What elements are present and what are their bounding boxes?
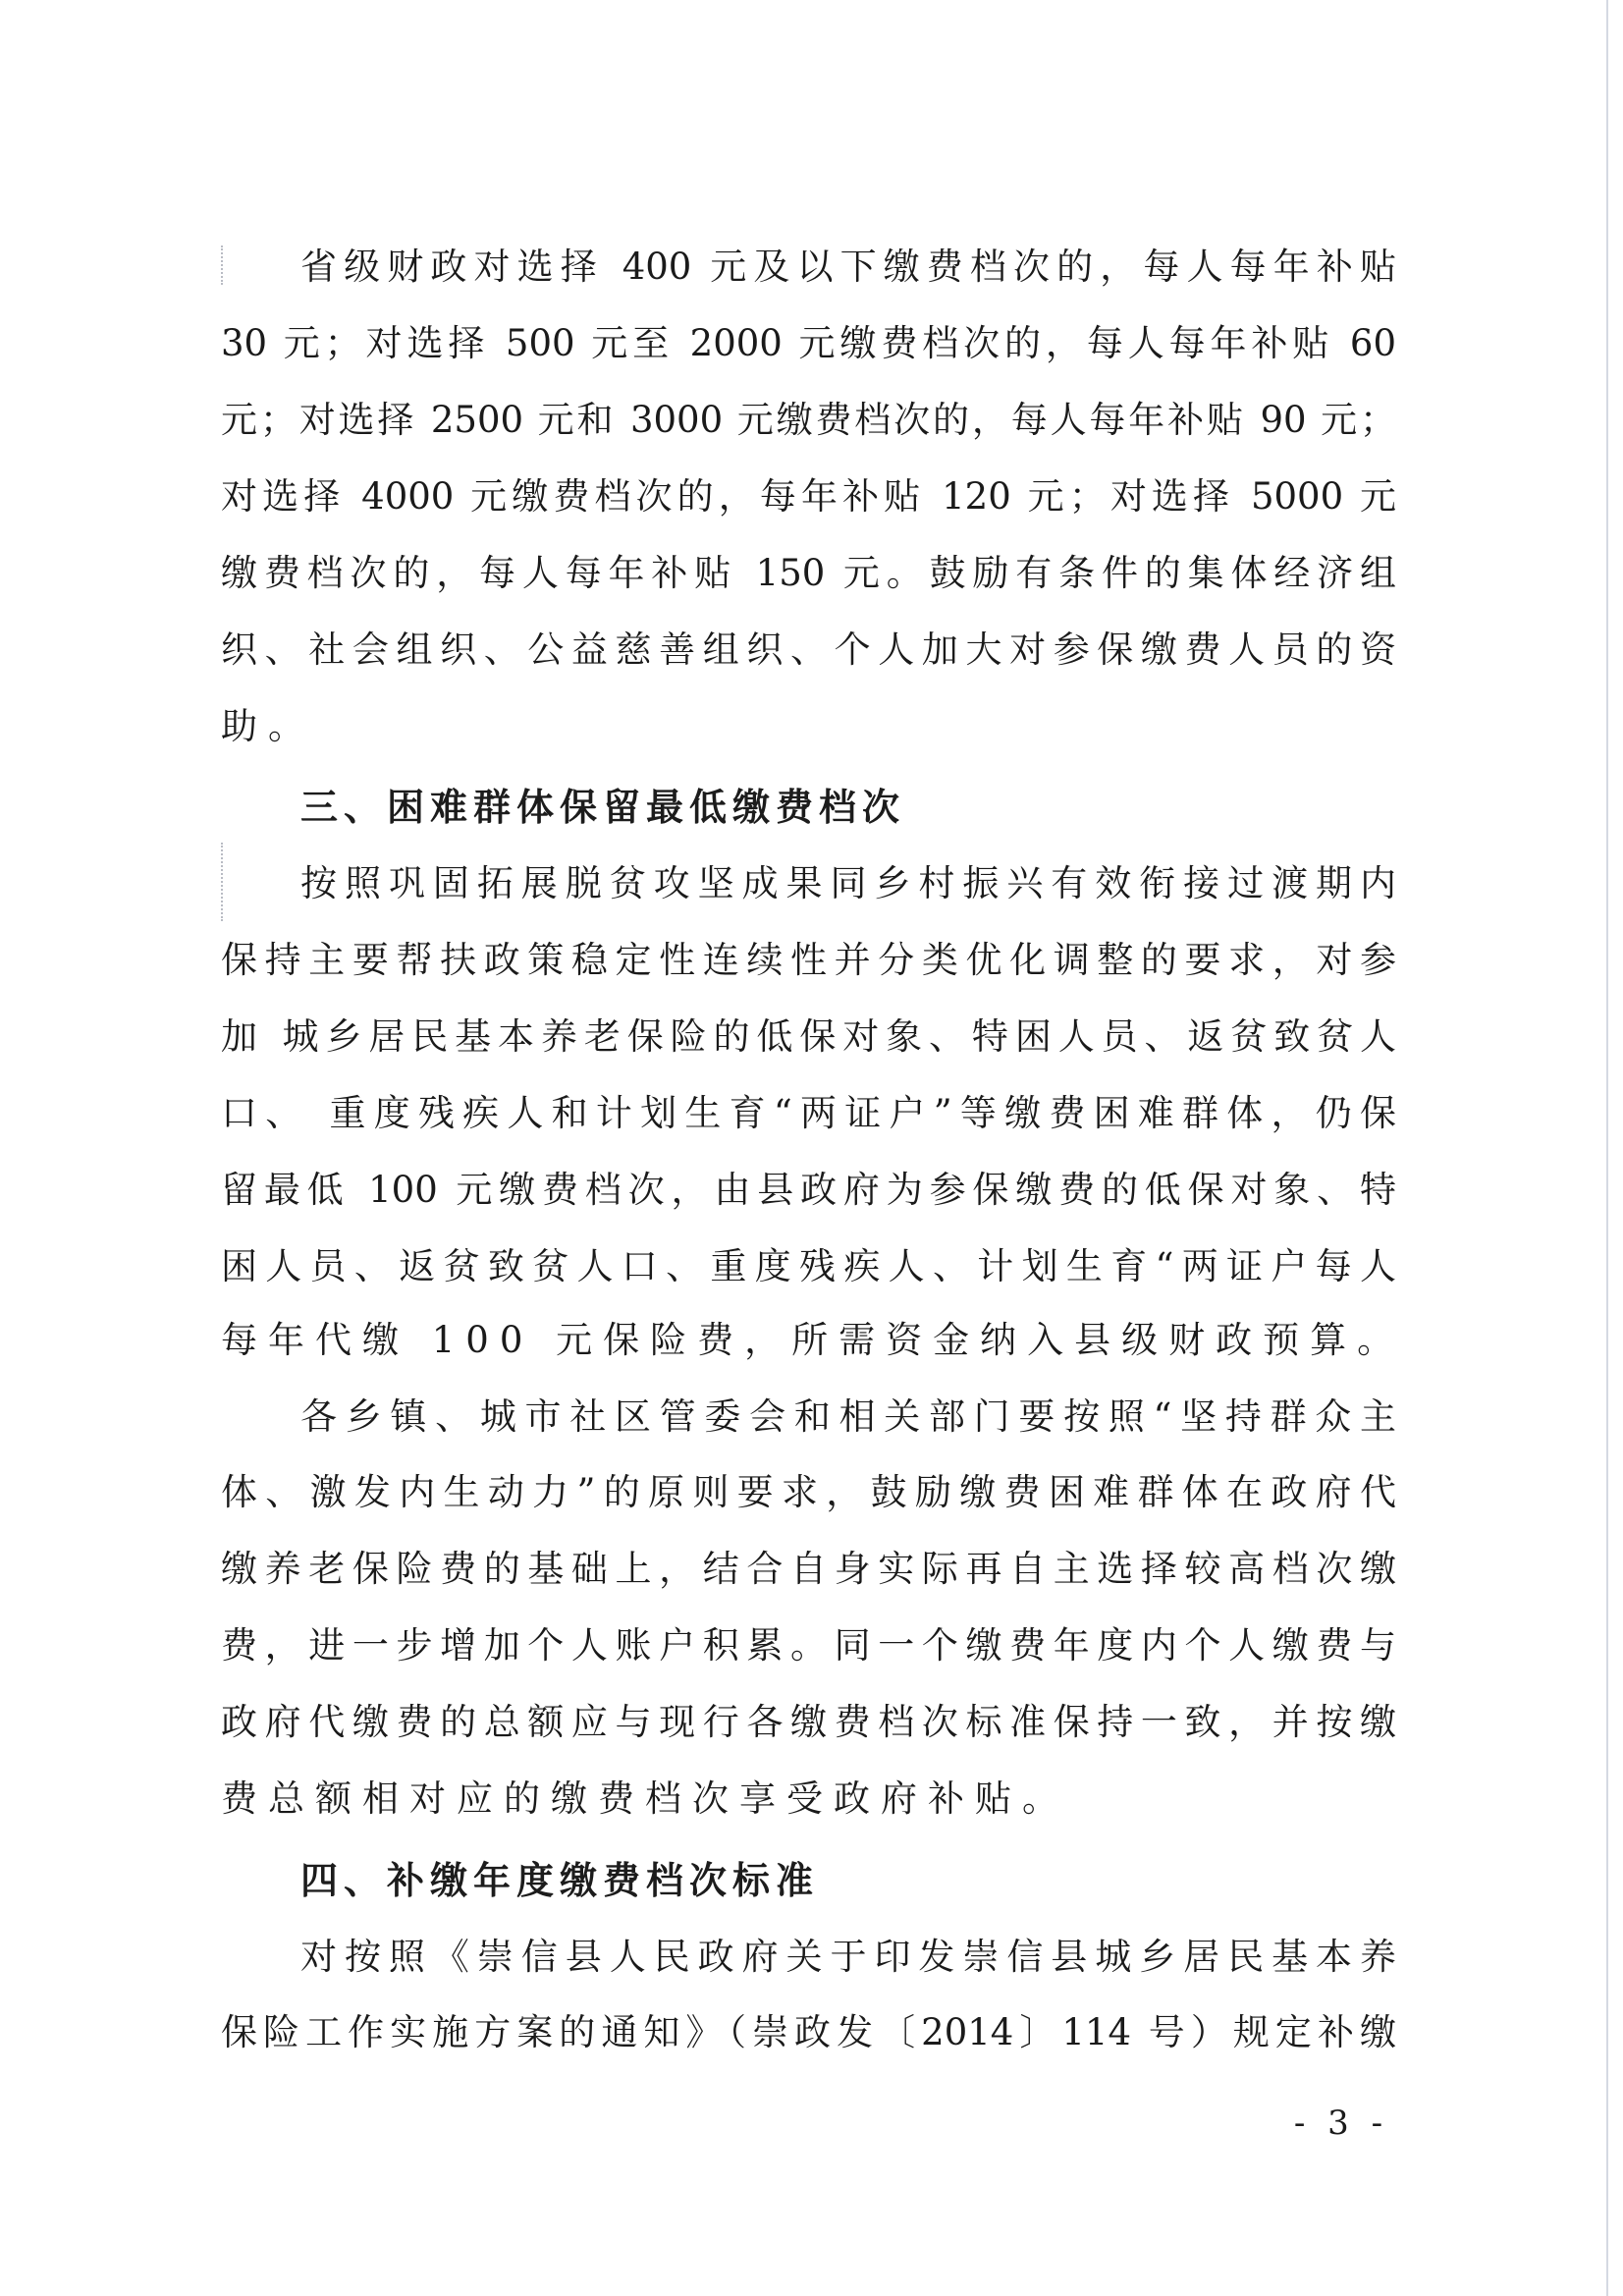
paragraph-line: 费，进一步增加个人账户积累。同一个缴费年度内个人缴费与 [221, 1621, 1396, 1670]
paragraph-line: 按照巩固拓展脱贫攻坚成果同乡村振兴有效衔接过渡期内 [300, 859, 1396, 908]
section-heading: 三、困难群体保留最低缴费档次 [300, 783, 905, 832]
scan-edge-line [1606, 0, 1608, 2296]
paragraph-line: 留最低 100 元缴费档次，由县政府为参保缴费的低保对象、特 [221, 1166, 1396, 1215]
section-heading: 四、补缴年度缴费档次标准 [300, 1856, 819, 1905]
paragraph-line: 体、激发内生动力”的原则要求，鼓励缴费困难群体在政府代 [221, 1468, 1396, 1517]
scan-artifact-mark [221, 246, 226, 285]
paragraph-line: 口、 重度残疾人和计划生育“两证户”等缴费困难群体，仍保 [221, 1089, 1396, 1138]
scan-artifact-mark [221, 843, 226, 921]
paragraph-line: 缴费档次的，每人每年补贴 150 元。鼓励有条件的集体经济组 [221, 549, 1396, 598]
paragraph-line: 缴养老保险费的基础上，结合自身实际再自主选择较高档次缴 [221, 1545, 1396, 1594]
paragraph-line: 元；对选择 2500 元和 3000 元缴费档次的，每人每年补贴 90 元； [221, 396, 1396, 445]
paragraph-line: 织、社会组织、公益慈善组织、个人加大对参保缴费人员的资 [221, 626, 1396, 675]
paragraph-line: 助。 [221, 702, 1396, 751]
paragraph-line: 每年代缴 100 元保险费，所需资金纳入县级财政预算。 [221, 1316, 1396, 1365]
paragraph-line: 加 城乡居民基本养老保险的低保对象、特困人员、返贫致贫人 [221, 1012, 1396, 1062]
page-number: - 3 - [1292, 2102, 1390, 2145]
paragraph-line: 保持主要帮扶政策稳定性连续性并分类优化调整的要求，对参 [221, 936, 1396, 985]
paragraph-line: 政府代缴费的总额应与现行各缴费档次标准保持一致，并按缴 [221, 1698, 1396, 1747]
paragraph-line: 各乡镇、城市社区管委会和相关部门要按照“坚持群众主 [300, 1393, 1396, 1442]
document-page: 省级财政对选择 400 元及以下缴费档次的，每人每年补贴 30 元；对选择 50… [0, 0, 1623, 2296]
paragraph-line: 30 元；对选择 500 元至 2000 元缴费档次的，每人每年补贴 60 [221, 319, 1396, 368]
paragraph-line: 困人员、返贫致贫人口、重度残疾人、计划生育“两证户每人 [221, 1242, 1396, 1291]
paragraph-line: 省级财政对选择 400 元及以下缴费档次的，每人每年补贴 [300, 243, 1396, 292]
paragraph-line: 对按照《崇信县人民政府关于印发崇信县城乡居民基本养 [300, 1933, 1396, 1982]
paragraph-line: 对选择 4000 元缴费档次的，每年补贴 120 元；对选择 5000 元 [221, 472, 1396, 521]
paragraph-line: 费总额相对应的缴费档次享受政府补贴。 [221, 1775, 1396, 1824]
paragraph-line: 保险工作实施方案的通知》（崇政发〔2014〕114 号）规定补缴 [221, 2008, 1396, 2057]
